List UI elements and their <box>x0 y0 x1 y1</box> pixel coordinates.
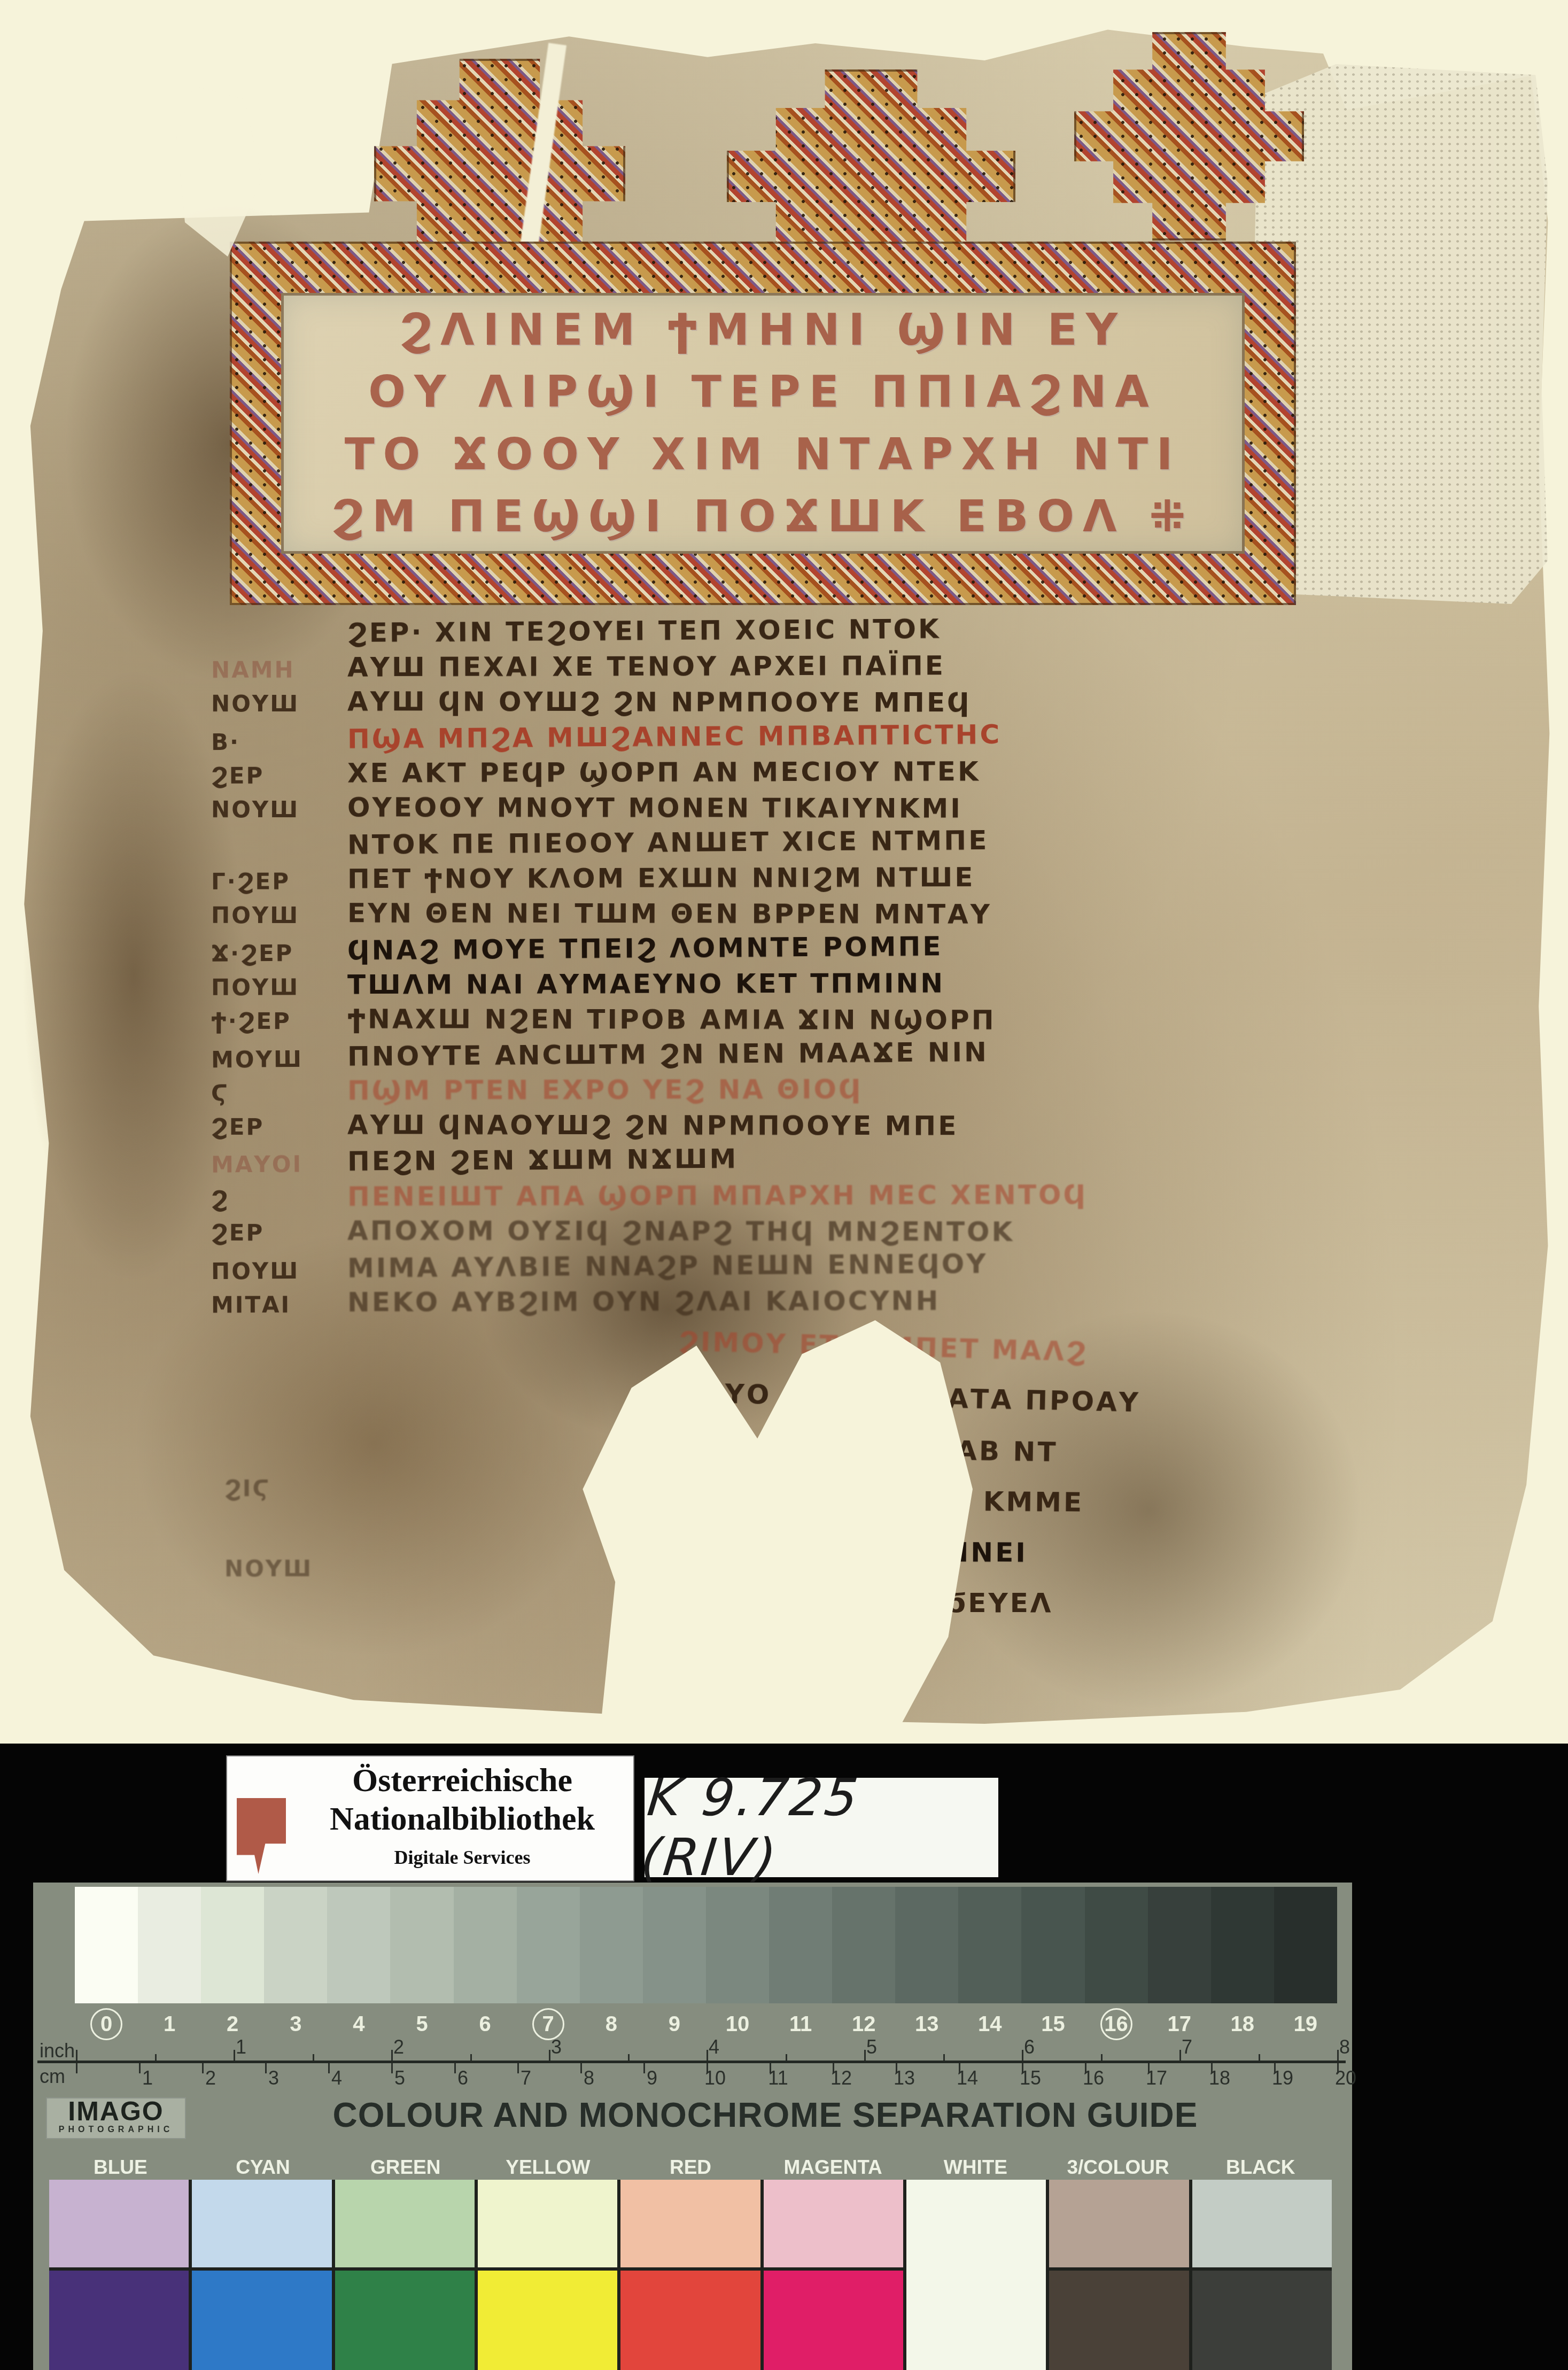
manuscript-line-text: ΑΥШ ΠΕΧΑΙ ΧΕ ΤΕΝΟΥ ΑΡΧΕΙ ΠΑΪΠΕ <box>347 650 945 683</box>
grayscale-step-14 <box>958 1887 1021 2003</box>
grayscale-step-19 <box>1274 1887 1337 2003</box>
manuscript-line: ΠΟΥШΕΥΝ ΘΕΝ ΝΕΙ ΤШΜ ΘΕΝ ΒΡΡΕΝ ΜΝΤΑΥ <box>211 897 992 930</box>
grayscale-number-text: 0 <box>90 2008 122 2040</box>
institution-name-line1: Österreichische <box>299 1762 625 1800</box>
institution-department: Digitale Services <box>299 1846 625 1869</box>
manuscript-line: ϨΕΡ· ΧΙΝ ΤΕϨΟΥΕΙ ΤΕΠ ΧΟΕΙС ΝΤΟΚ <box>211 613 941 649</box>
grayscale-step-10 <box>706 1887 769 2003</box>
margin-gloss: Ϩ <box>211 1186 347 1212</box>
patch-tint <box>335 2180 475 2267</box>
half-inch-tick <box>470 2054 472 2061</box>
cm-number-9: 9 <box>647 2067 657 2089</box>
manuscript-line: ϨΕΡΑΥШ ϤΝΑΟΥШϨ ϨΝ ΝΡΜΠΟΟΥΕ ΜΠΕ <box>211 1109 958 1141</box>
half-inch-tick <box>786 2054 787 2061</box>
cm-tick <box>454 2063 456 2073</box>
headpiece-panel: ϨΛΙΝΕΜ ϮΜΗΝΙ ϢΙΝ ΕΥ ΟΥ ΛΙΡϢΙ ΤΕΡΕ ΠΠΙΑϨΝ… <box>281 293 1245 554</box>
imago-logo-text: IMAGO <box>46 2097 186 2125</box>
grayscale-number-text: 2 <box>227 2012 238 2036</box>
inch-tick <box>1337 2050 1339 2061</box>
grayscale-number-text: 3 <box>290 2012 301 2036</box>
cm-tick <box>517 2063 519 2073</box>
colour-label-blue: BLUE <box>49 2156 192 2179</box>
margin-gloss: ΠΟΥШ <box>211 902 347 928</box>
manuscript-line: ΝΑΜΗΑΥШ ΠΕΧΑΙ ΧΕ ΤΕΝΟΥ ΑΡΧΕΙ ΠΑΪΠΕ <box>211 650 945 683</box>
digitized-manuscript-scan: ϨΛΙΝΕΜ ϮΜΗΝΙ ϢΙΝ ΕΥ ΟΥ ΛΙΡϢΙ ΤΕΡΕ ΠΠΙΑϨΝ… <box>0 0 1568 2370</box>
cm-tick <box>76 2063 77 2073</box>
grayscale-number-19: 19 <box>1274 2009 1337 2040</box>
patch-solid <box>478 2271 617 2370</box>
grayscale-number-text: 4 <box>353 2012 364 2036</box>
grayscale-number-text: 1 <box>164 2012 175 2036</box>
half-inch-tick <box>313 2054 314 2061</box>
manuscript-line: ΠΟΥШΜΙΜΑ ΑΥΛΒΙΕ ΝΝΑϨΡ ΝΕШΝ ΕΝΝΕϤΟΥ <box>211 1248 988 1284</box>
inch-number-5: 5 <box>866 2036 877 2058</box>
grayscale-number-text: 11 <box>789 2012 812 2036</box>
manuscript-line-text: ΠΕϨΝ ϨΕΝ ϪШΜ ΝϪШΜ <box>347 1143 739 1177</box>
grayscale-number-text: 6 <box>479 2012 491 2036</box>
grayscale-number-4: 4 <box>327 2009 390 2040</box>
manuscript-line-text: ΝΤΟΚ ΠΕ ΠΙΕΟΟΥ ΑΝШΕΤ ΧΙСΕ ΝΤΜΠΕ <box>347 825 989 860</box>
headpiece-line: ϨΛΙΝΕΜ ϮΜΗΝΙ ϢΙΝ ΕΥ <box>400 305 1126 355</box>
manuscript-line: Ϯ·ϨΕΡϮΝΑΧШ ΝϨΕΝ ΤΙΡΟΒ ΑΜΙΑ ϪΙΝ ΝϢΟΡΠ <box>211 1003 996 1036</box>
cm-number-3: 3 <box>268 2067 279 2089</box>
inch-tick <box>234 2050 235 2061</box>
grayscale-step-18 <box>1211 1887 1274 2003</box>
grayscale-step-1 <box>138 1887 201 2003</box>
margin-gloss: ΝΟΥШ <box>211 796 347 823</box>
patch-solid <box>764 2271 903 2370</box>
inch-number-2: 2 <box>393 2036 404 2058</box>
inch-tick <box>1179 2050 1181 2061</box>
headpiece-line: ϨΜ ΠΕϢϢΙ ΠΟϪШΚ ΕΒΟΛ ⁜ <box>331 491 1194 542</box>
grayscale-step-11 <box>769 1887 832 2003</box>
manuscript-line: ϨΕΡΑΠΟΧΟΜ ΟΥΣΙϤ ϨΝΑΡϨ ΤΗϤ ΜΝϨΕΝΤΟΚ <box>211 1215 1014 1248</box>
cm-number-8: 8 <box>584 2067 594 2089</box>
manuscript-line-text: ΝΕΚΟ ΑΥΒϨΙΜ ΟΥΝ ϨΛΑΙ ΚΑΙΟСΥΝΗ <box>347 1285 940 1318</box>
manuscript-line-text: ΠϢΑ ΜΠϨΑ ΜШϨΑΝΝΕС ΜΠΒΑΠΤΙСΤΗС <box>347 719 1002 755</box>
grayscale-number-18: 18 <box>1211 2009 1274 2040</box>
manuscript-line-text: ϨΕΡ· ΧΙΝ ΤΕϨΟΥΕΙ ΤΕΠ ΧΟΕΙС ΝΤΟΚ <box>347 613 941 648</box>
manuscript-line: ϨΕΡΧΕ ΑΚΤ ΡΕϤΡ ϢΟΡΠ ΑΝ ΜΕСΙΟΥ ΝΤΕΚ <box>211 756 981 789</box>
grayscale-number-3: 3 <box>264 2009 327 2040</box>
headpiece-line: ΟΥ ΛΙΡϢΙ ΤΕΡΕ ΠΠΙΑϨΝΑ <box>368 367 1157 417</box>
inch-tick <box>1022 2050 1023 2061</box>
inch-tick <box>76 2050 77 2061</box>
cm-tick <box>643 2063 645 2073</box>
grayscale-number-text: 13 <box>915 2012 939 2036</box>
half-inch-tick <box>628 2054 630 2061</box>
grayscale-number-9: 9 <box>643 2009 706 2040</box>
cm-number-13: 13 <box>894 2067 915 2089</box>
ruler-cm-label: cm <box>40 2065 65 2088</box>
cm-tick <box>391 2063 393 2073</box>
manuscript-line: ΝΤΟΚ ΠΕ ΠΙΕΟΟΥ ΑΝШΕΤ ΧΙСΕ ΝΤΜΠΕ <box>211 825 989 861</box>
grayscale-number-16: 16 <box>1085 2009 1148 2040</box>
colour-column-white <box>906 2180 1046 2370</box>
manuscript-line-text: ϤΝΑϨ ΜΟΥΕ ΤΠΕΙϨ ΛΟΜΝΤΕ ΡΟΜΠΕ <box>347 931 943 966</box>
colour-column-green <box>335 2180 475 2370</box>
cm-number-5: 5 <box>394 2067 405 2089</box>
margin-gloss: ΝΟΥШ <box>211 691 347 717</box>
patch-solid <box>1049 2271 1189 2370</box>
grayscale-number-1: 1 <box>138 2009 201 2040</box>
half-inch-tick <box>155 2054 157 2061</box>
inch-number-6: 6 <box>1024 2036 1035 2058</box>
cm-number-16: 16 <box>1083 2067 1104 2089</box>
margin-gloss: Ϛ <box>211 1080 347 1106</box>
colour-label-black: BLACK <box>1189 2156 1332 2179</box>
patch-solid <box>192 2271 331 2370</box>
grayscale-step-wedge <box>75 1887 1337 2003</box>
patch-tint <box>1192 2180 1332 2267</box>
patch-tint <box>906 2180 1046 2370</box>
grayscale-step-8 <box>580 1887 643 2003</box>
colour-label-cyan: CYAN <box>192 2156 335 2179</box>
manuscript-line-text: ΟΥΕΟΟΥ ΜΝΟΥΤ ΜΟΝΕΝ ΤΙΚΑΙΥΝΚΜΙ <box>347 792 962 824</box>
cm-tick <box>328 2063 330 2073</box>
margin-gloss: Ϯ·ϨΕΡ <box>211 1008 347 1034</box>
cm-number-10: 10 <box>704 2067 726 2089</box>
manuscript-line-text: ΑΥШ ϤΝΑΟΥШϨ ϨΝ ΝΡΜΠΟΟΥΕ ΜΠΕ <box>347 1109 958 1141</box>
inch-number-1: 1 <box>236 2036 246 2058</box>
cm-number-15: 15 <box>1020 2067 1041 2089</box>
grayscale-number-text: 14 <box>978 2012 1002 2036</box>
cm-tick <box>139 2063 141 2073</box>
grayscale-number-7: 7 <box>517 2009 580 2040</box>
grayscale-step-17 <box>1148 1887 1211 2003</box>
half-inch-tick <box>943 2054 945 2061</box>
inch-tick <box>864 2050 866 2061</box>
margin-gloss: ΝΑΜΗ <box>211 656 347 683</box>
margin-gloss: ϨΕΡ <box>211 1220 347 1246</box>
grayscale-number-text: 10 <box>726 2012 750 2036</box>
colour-label-yellow: YELLOW <box>477 2156 619 2179</box>
grayscale-step-12 <box>832 1887 895 2003</box>
colour-column-red <box>620 2180 760 2370</box>
margin-gloss: ϨΕΡ <box>211 762 347 789</box>
grayscale-number-6: 6 <box>454 2009 517 2040</box>
manuscript-line: ΝΟΥШΟΥΕΟΟΥ ΜΝΟΥΤ ΜΟΝΕΝ ΤΙΚΑΙΥΝΚΜΙ <box>211 792 962 824</box>
grayscale-step-0 <box>75 1887 138 2003</box>
grayscale-step-6 <box>454 1887 517 2003</box>
inch-number-3: 3 <box>551 2036 562 2058</box>
grayscale-number-17: 17 <box>1148 2009 1211 2040</box>
institution-name-line2: Nationalbibliothek <box>291 1800 633 1838</box>
cm-number-20: 20 <box>1335 2067 1356 2089</box>
cm-number-4: 4 <box>331 2067 342 2089</box>
grayscale-step-numbers: 012345678910111213141516171819 <box>75 2009 1337 2040</box>
shelfmark-text: K 9.725 (RIV) <box>638 1768 1005 1887</box>
margin-gloss: Β· <box>211 728 347 755</box>
colour-label-green: GREEN <box>334 2156 477 2179</box>
onb-logo-icon <box>237 1798 286 1874</box>
half-inch-tick <box>1259 2054 1260 2061</box>
margin-gloss: ΠΟΥШ <box>211 974 347 1001</box>
manuscript-line-text: ΠΕΤ ϮΝΟΥ ΚΛΟΜ ΕΧШΝ ΝΝΙϨΜ ΝΤШΕ <box>347 862 975 894</box>
cm-number-7: 7 <box>521 2067 531 2089</box>
cm-tick <box>265 2063 267 2073</box>
headpiece-line: ΤΟ ϪΟΟΥ ΧΙΜ ΝΤΑΡΧΗ ΝΤΙ <box>345 429 1182 480</box>
colour-column-black <box>1192 2180 1332 2370</box>
manuscript-line: ΜΑΥΟΙΠΕϨΝ ϨΕΝ ϪШΜ ΝϪШΜ <box>211 1143 739 1178</box>
manuscript-line-text: ΠΝΟΥΤΕ ΑΝСШΤΜ ϨΝ ΝΕΝ ΜΑΑϪΕ ΝΙΝ <box>347 1036 989 1072</box>
manuscript-line: ΠΟΥШΤШΛΜ ΝΑΙ ΑΥΜΑΕΥΝΟ ΚΕΤ ΤΠΜΙΝΝ <box>211 967 945 1001</box>
grayscale-number-text: 19 <box>1294 2012 1318 2036</box>
colour-label-white: WHITE <box>904 2156 1047 2179</box>
shelfmark-label: K 9.725 (RIV) <box>645 1778 998 1877</box>
colour-patch-grid <box>49 2180 1332 2370</box>
imago-logo-subtext: PHOTOGRAPHIC <box>46 2125 186 2135</box>
cm-tick <box>580 2063 582 2073</box>
margin-gloss: ϨΕΡ <box>211 1114 347 1140</box>
inch-number-7: 7 <box>1182 2036 1192 2058</box>
colour-column-magenta <box>764 2180 903 2370</box>
headpiece-frame: ϨΛΙΝΕΜ ϮΜΗΝΙ ϢΙΝ ΕΥ ΟΥ ΛΙΡϢΙ ΤΕΡΕ ΠΠΙΑϨΝ… <box>230 242 1296 605</box>
grayscale-number-text: 17 <box>1167 2012 1191 2036</box>
guide-title: COLOUR AND MONOCHROME SEPARATION GUIDE <box>193 2095 1337 2135</box>
colour-column-3-colour <box>1049 2180 1189 2370</box>
cm-tick <box>202 2063 204 2073</box>
patch-tint <box>1049 2180 1189 2267</box>
cm-number-12: 12 <box>830 2067 852 2089</box>
inch-number-8: 8 <box>1339 2036 1350 2058</box>
colour-column-labels: BLUECYANGREENYELLOWREDMAGENTAWHITE3/COLO… <box>49 2156 1332 2179</box>
manuscript-line-text: ΧΕ ΑΚΤ ΡΕϤΡ ϢΟΡΠ ΑΝ ΜΕСΙΟΥ ΝΤΕΚ <box>347 756 981 788</box>
cm-number-1: 1 <box>142 2067 153 2089</box>
manuscript-line-text: ΑΠΟΧΟΜ ΟΥΣΙϤ ϨΝΑΡϨ ΤΗϤ ΜΝϨΕΝΤΟΚ <box>347 1215 1014 1247</box>
manuscript-line: Γ·ϨΕΡΠΕΤ ϮΝΟΥ ΚΛΟΜ ΕΧШΝ ΝΝΙϨΜ ΝΤШΕ <box>211 862 975 895</box>
grayscale-number-5: 5 <box>390 2009 453 2040</box>
grayscale-step-16 <box>1085 1887 1148 2003</box>
manuscript-line: ϨΠΕΝΕΙШΤ ΑΠΑ ϢΟΡΠ ΜΠΑΡΧΗ ΜΕС ΧΕΝΤΟϤ <box>211 1179 1088 1212</box>
manuscript-line-text: ϮΝΑΧШ ΝϨΕΝ ΤΙΡΟΒ ΑΜΙΑ ϪΙΝ ΝϢΟΡΠ <box>347 1003 996 1035</box>
manuscript-line-text: ΤШΛΜ ΝΑΙ ΑΥΜΑΕΥΝΟ ΚΕΤ ΤΠΜΙΝΝ <box>347 967 945 1000</box>
colour-label-magenta: MAGENTA <box>762 2156 904 2179</box>
cm-number-14: 14 <box>957 2067 978 2089</box>
patch-solid <box>335 2271 475 2370</box>
grayscale-step-15 <box>1021 1887 1084 2003</box>
inch-tick <box>391 2050 393 2061</box>
grayscale-number-14: 14 <box>958 2009 1021 2040</box>
manuscript-line-text: ΜΙΜΑ ΑΥΛΒΙΕ ΝΝΑϨΡ ΝΕШΝ ΕΝΝΕϤΟΥ <box>347 1248 988 1283</box>
grayscale-number-text: 18 <box>1230 2012 1254 2036</box>
margin-gloss: ΜΙΤΑΙ <box>211 1291 347 1318</box>
grayscale-number-13: 13 <box>895 2009 958 2040</box>
cm-number-11: 11 <box>768 2067 788 2089</box>
patch-solid <box>620 2271 760 2370</box>
patch-solid <box>49 2271 189 2370</box>
patch-tint <box>192 2180 331 2267</box>
grayscale-number-text: 5 <box>416 2012 428 2036</box>
imago-logo: IMAGO PHOTOGRAPHIC <box>46 2097 186 2139</box>
manuscript-line: ΝΟΥШΑΥШ ϤΝ ΟΥШϨ ϨΝ ΝΡΜΠΟΟΥΕ ΜΠΕϤ <box>211 686 972 718</box>
inch-number-4: 4 <box>709 2036 719 2058</box>
grayscale-number-11: 11 <box>769 2009 832 2040</box>
inch-tick <box>549 2050 550 2061</box>
manuscript-line: ΜΙΤΑΙΝΕΚΟ ΑΥΒϨΙΜ ΟΥΝ ϨΛΑΙ ΚΑΙΟСΥΝΗ <box>211 1285 940 1318</box>
manuscript-line-text: ΕΥΝ ΘΕΝ ΝΕΙ ΤШΜ ΘΕΝ ΒΡΡΕΝ ΜΝΤΑΥ <box>347 897 992 930</box>
margin-gloss: ΜΟΥШ <box>211 1045 347 1073</box>
grayscale-step-2 <box>201 1887 264 2003</box>
library-label: Österreichische Nationalbibliothek Digit… <box>227 1756 633 1880</box>
inch-tick <box>707 2050 708 2061</box>
manuscript-line-text: ΠΕΝΕΙШΤ ΑΠΑ ϢΟΡΠ ΜΠΑΡΧΗ ΜΕС ΧΕΝΤΟϤ <box>347 1179 1088 1212</box>
ruler-inch-label: inch <box>40 2040 75 2062</box>
grayscale-number-12: 12 <box>832 2009 895 2040</box>
colour-column-yellow <box>478 2180 617 2370</box>
grayscale-step-13 <box>895 1887 958 2003</box>
patch-tint <box>620 2180 760 2267</box>
patch-tint <box>49 2180 189 2267</box>
grayscale-number-15: 15 <box>1021 2009 1084 2040</box>
grayscale-step-4 <box>327 1887 390 2003</box>
grayscale-step-9 <box>643 1887 706 2003</box>
cm-number-17: 17 <box>1146 2067 1167 2089</box>
colour-label-3-colour: 3/COLOUR <box>1047 2156 1190 2179</box>
margin-gloss-faded: ΝΟΥШ <box>224 1555 313 1582</box>
grayscale-step-3 <box>264 1887 327 2003</box>
margin-gloss: Ϫ·ϨΕΡ <box>211 940 347 967</box>
cm-number-19: 19 <box>1272 2067 1293 2089</box>
manuscript-line: ϚΠϢΜ ΡΤΕΝ ΕΧΡΟ ΥΕϨ ΝΑ ΘΙΟϤ <box>211 1073 863 1106</box>
grayscale-number-text: 15 <box>1041 2012 1065 2036</box>
manuscript-line: Ϫ·ϨΕΡϤΝΑϨ ΜΟΥΕ ΤΠΕΙϨ ΛΟΜΝΤΕ ΡΟΜΠΕ <box>211 931 943 967</box>
patch-tint <box>764 2180 903 2267</box>
colour-column-blue <box>49 2180 189 2370</box>
grayscale-number-text: 16 <box>1100 2008 1132 2040</box>
grayscale-number-text: 9 <box>669 2012 680 2036</box>
grayscale-number-8: 8 <box>580 2009 643 2040</box>
grayscale-number-10: 10 <box>706 2009 769 2040</box>
grayscale-number-text: 7 <box>532 2008 564 2040</box>
grayscale-step-7 <box>517 1887 580 2003</box>
colour-column-cyan <box>192 2180 331 2370</box>
margin-gloss: ΠΟΥШ <box>211 1257 347 1284</box>
cm-number-18: 18 <box>1209 2067 1230 2089</box>
patch-tint <box>478 2180 617 2267</box>
margin-gloss: ΜΑΥΟΙ <box>211 1151 347 1178</box>
patch-solid <box>1192 2271 1332 2370</box>
manuscript-line: Β·ΠϢΑ ΜΠϨΑ ΜШϨΑΝΝΕС ΜΠΒΑΠΤΙСΤΗС <box>211 719 1002 755</box>
margin-gloss: Γ·ϨΕΡ <box>211 868 347 895</box>
cm-number-6: 6 <box>457 2067 468 2089</box>
grayscale-number-text: 8 <box>606 2012 617 2036</box>
manuscript-line-text: ΠϢΜ ΡΤΕΝ ΕΧΡΟ ΥΕϨ ΝΑ ΘΙΟϤ <box>347 1073 863 1106</box>
grayscale-step-5 <box>390 1887 453 2003</box>
grayscale-number-0: 0 <box>75 2009 138 2040</box>
grayscale-number-text: 12 <box>852 2012 876 2036</box>
half-inch-tick <box>1101 2054 1103 2061</box>
manuscript-line: ΜΟΥШΠΝΟΥΤΕ ΑΝСШΤΜ ϨΝ ΝΕΝ ΜΑΑϪΕ ΝΙΝ <box>211 1036 989 1073</box>
photo-area: ϨΛΙΝΕΜ ϮΜΗΝΙ ϢΙΝ ΕΥ ΟΥ ΛΙΡϢΙ ΤΕΡΕ ΠΠΙΑϨΝ… <box>0 0 1568 1744</box>
grayscale-number-2: 2 <box>201 2009 264 2040</box>
colour-label-red: RED <box>619 2156 762 2179</box>
margin-gloss-faded: ϨΙϚ <box>224 1475 270 1501</box>
cm-number-2: 2 <box>205 2067 216 2089</box>
separation-guide-card: 012345678910111213141516171819 inch cm 1… <box>33 1883 1352 2370</box>
manuscript-line-text: ΑΥШ ϤΝ ΟΥШϨ ϨΝ ΝΡΜΠΟΟΥΕ ΜΠΕϤ <box>347 686 972 718</box>
